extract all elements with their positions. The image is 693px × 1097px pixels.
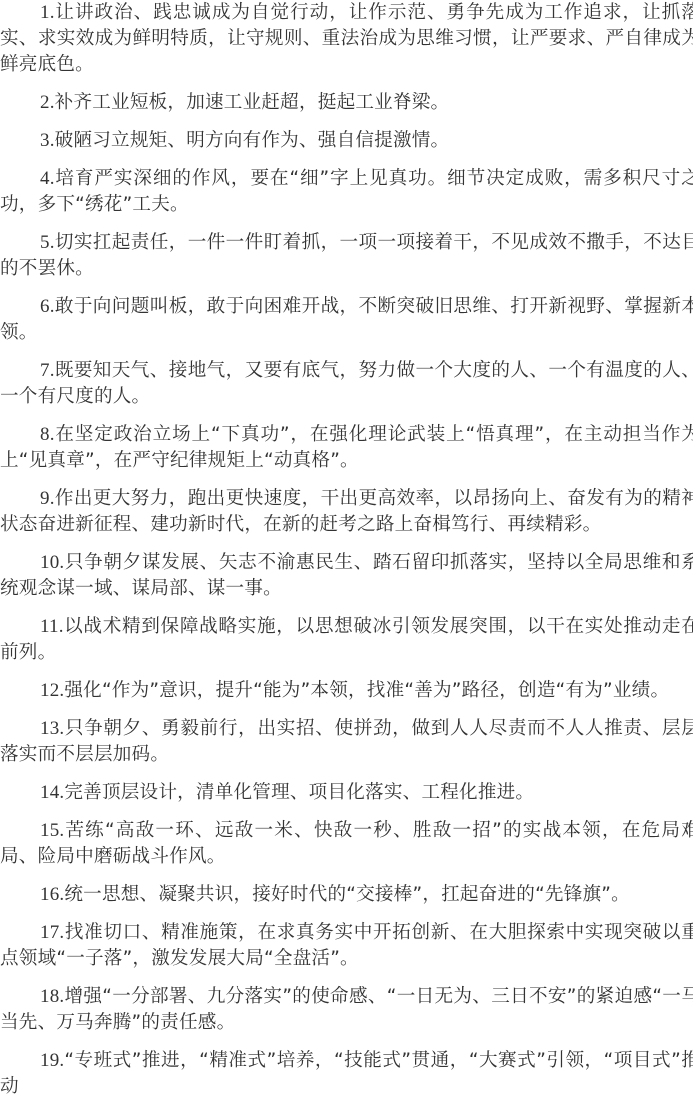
- paragraph-number: 7.: [40, 360, 55, 381]
- paragraph-number: 16.: [40, 884, 64, 905]
- paragraph-text: 只争朝夕谋发展、矢志不渝惠民生、踏石留印抓落实，坚持以全局思维和系统观念谋一域、…: [0, 552, 693, 599]
- paragraph-19: 19.“专班式”推进，“精准式”培养，“技能式”贯通，“大赛式”引领，“项目式”…: [0, 1048, 693, 1097]
- paragraph-text: 破陋习立规矩、明方向有作为、强自信提激情。: [55, 130, 450, 151]
- paragraph-15: 15.苦练“高敌一环、远敌一米、快敌一秒、胜敌一招”的实战本领，在危局难局、险局…: [0, 818, 693, 870]
- paragraph-number: 18.: [40, 986, 64, 1007]
- paragraph-9: 9.作出更大努力，跑出更快速度，干出更高效率，以昂扬向上、奋发有为的精神状态奋进…: [0, 486, 693, 538]
- paragraph-10: 10.只争朝夕谋发展、矢志不渝惠民生、踏石留印抓落实，坚持以全局思维和系统观念谋…: [0, 550, 693, 602]
- paragraph-number: 14.: [40, 782, 64, 803]
- paragraph-text: 敢于向问题叫板，敢于向困难开战，不断突破旧思维、打开新视野、掌握新本领。: [0, 296, 693, 343]
- paragraph-number: 13.: [40, 718, 64, 739]
- paragraph-number: 9.: [40, 488, 55, 509]
- paragraph-number: 17.: [40, 922, 64, 943]
- paragraph-number: 15.: [40, 820, 64, 841]
- paragraph-text: 切实扛起责任，一件一件盯着抓，一项一项接着干，不见成效不撒手，不达目的不罢休。: [0, 232, 693, 279]
- paragraph-16: 16.统一思想、凝聚共识，接好时代的“交接棒”，扛起奋进的“先锋旗”。: [0, 882, 693, 908]
- paragraph-5: 5.切实扛起责任，一件一件盯着抓，一项一项接着干，不见成效不撒手，不达目的不罢休…: [0, 230, 693, 282]
- paragraph-14: 14.完善顶层设计，清单化管理、项目化落实、工程化推进。: [0, 780, 693, 806]
- paragraph-8: 8.在坚定政治立场上“下真功”，在强化理论武装上“悟真理”，在主动担当作为上“见…: [0, 422, 693, 474]
- paragraph-number: 1.: [40, 2, 55, 23]
- paragraph-text: 只争朝夕、勇毅前行，出实招、使拼劲，做到人人尽责而不人人推责、层层落实而不层层加…: [0, 718, 693, 765]
- paragraph-text: 苦练“高敌一环、远敌一米、快敌一秒、胜敌一招”的实战本领，在危局难局、险局中磨砺…: [0, 820, 693, 867]
- paragraph-text: 既要知天气、接地气，又要有底气，努力做一个大度的人、一个有温度的人、一个有尺度的…: [0, 360, 693, 407]
- paragraph-4: 4.培育严实深细的作风，要在“细”字上见真功。细节决定成败，需多积尺寸之功，多下…: [0, 166, 693, 218]
- paragraph-3: 3.破陋习立规矩、明方向有作为、强自信提激情。: [0, 128, 693, 154]
- paragraph-text: 让讲政治、践忠诚成为自觉行动，让作示范、勇争先成为工作追求，让抓落实、求实效成为…: [0, 2, 693, 75]
- paragraph-text: 强化“作为”意识，提升“能为”本领，找准“善为”路径，创造“有为”业绩。: [64, 680, 669, 701]
- paragraph-text: 作出更大努力，跑出更快速度，干出更高效率，以昂扬向上、奋发有为的精神状态奋进新征…: [0, 488, 693, 535]
- paragraph-text: 统一思想、凝聚共识，接好时代的“交接棒”，扛起奋进的“先锋旗”。: [64, 884, 630, 905]
- paragraph-number: 3.: [40, 130, 55, 151]
- paragraph-text: 培育严实深细的作风，要在“细”字上见真功。细节决定成败，需多积尺寸之功，多下“绣…: [0, 168, 693, 215]
- paragraph-12: 12.强化“作为”意识，提升“能为”本领，找准“善为”路径，创造“有为”业绩。: [0, 678, 693, 704]
- paragraph-text: 增强“一分部署、九分落实”的使命感、“一日无为、三日不安”的紧迫感“一马当先、万…: [0, 986, 693, 1033]
- paragraph-7: 7.既要知天气、接地气，又要有底气，努力做一个大度的人、一个有温度的人、一个有尺…: [0, 358, 693, 410]
- paragraph-text: 以战术精到保障战略实施，以思想破冰引领发展突围，以干在实处推动走在前列。: [0, 616, 693, 663]
- paragraph-number: 8.: [40, 424, 55, 445]
- paragraph-11: 11.以战术精到保障战略实施，以思想破冰引领发展突围，以干在实处推动走在前列。: [0, 614, 693, 666]
- paragraph-17: 17.找准切口、精准施策，在求真务实中开拓创新、在大胆探索中实现突破以重点领域“…: [0, 920, 693, 972]
- paragraph-13: 13.只争朝夕、勇毅前行，出实招、使拼劲，做到人人尽责而不人人推责、层层落实而不…: [0, 716, 693, 768]
- paragraph-number: 6.: [40, 296, 55, 317]
- paragraph-text: 补齐工业短板，加速工业赶超，挺起工业脊梁。: [55, 92, 450, 113]
- paragraph-number: 5.: [40, 232, 55, 253]
- paragraph-text: 在坚定政治立场上“下真功”，在强化理论武装上“悟真理”，在主动担当作为上“见真章…: [0, 424, 693, 471]
- paragraph-number: 2.: [40, 92, 55, 113]
- paragraph-text: “专班式”推进，“精准式”培养，“技能式”贯通，“大赛式”引领，“项目式”推动: [0, 1050, 693, 1097]
- paragraph-number: 12.: [40, 680, 64, 701]
- paragraph-text: 完善顶层设计，清单化管理、项目化落实、工程化推进。: [64, 782, 534, 803]
- paragraph-2: 2.补齐工业短板，加速工业赶超，挺起工业脊梁。: [0, 90, 693, 116]
- paragraph-text: 找准切口、精准施策，在求真务实中开拓创新、在大胆探索中实现突破以重点领域“一子落…: [0, 922, 693, 969]
- paragraph-6: 6.敢于向问题叫板，敢于向困难开战，不断突破旧思维、打开新视野、掌握新本领。: [0, 294, 693, 346]
- paragraph-number: 11.: [40, 616, 64, 637]
- paragraph-18: 18.增强“一分部署、九分落实”的使命感、“一日无为、三日不安”的紧迫感“一马当…: [0, 984, 693, 1036]
- article-body: 1.让讲政治、践忠诚成为自觉行动，让作示范、勇争先成为工作追求，让抓落实、求实效…: [0, 0, 693, 1097]
- paragraph-number: 4.: [40, 168, 55, 189]
- paragraph-1: 1.让讲政治、践忠诚成为自觉行动，让作示范、勇争先成为工作追求，让抓落实、求实效…: [0, 0, 693, 78]
- paragraph-number: 19.: [40, 1050, 64, 1071]
- paragraph-number: 10.: [40, 552, 64, 573]
